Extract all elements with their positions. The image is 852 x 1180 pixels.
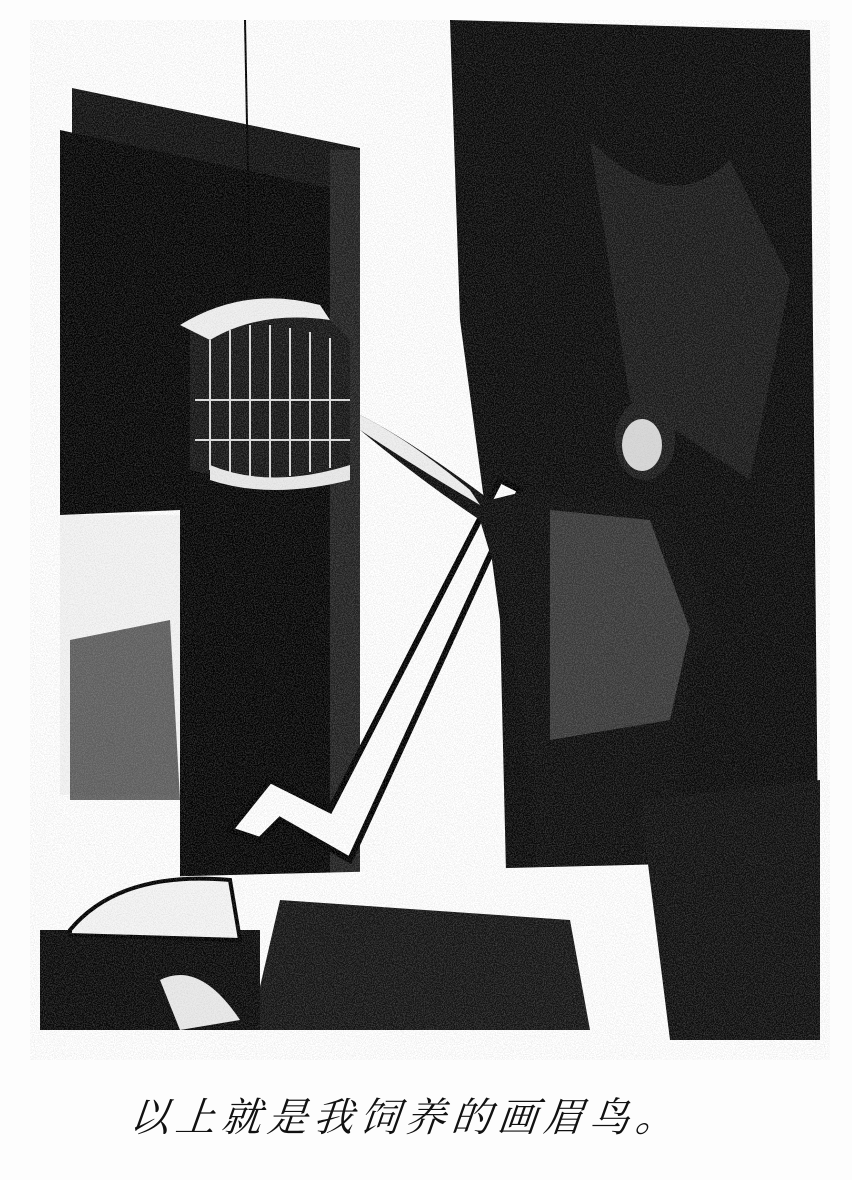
photograph: [30, 20, 830, 1060]
handwritten-caption: 以上就是我饲养的画眉鸟。: [127, 1086, 693, 1143]
photo-illustration: [30, 20, 830, 1060]
scanned-page: 以上就是我饲养的画眉鸟。: [0, 0, 852, 1180]
